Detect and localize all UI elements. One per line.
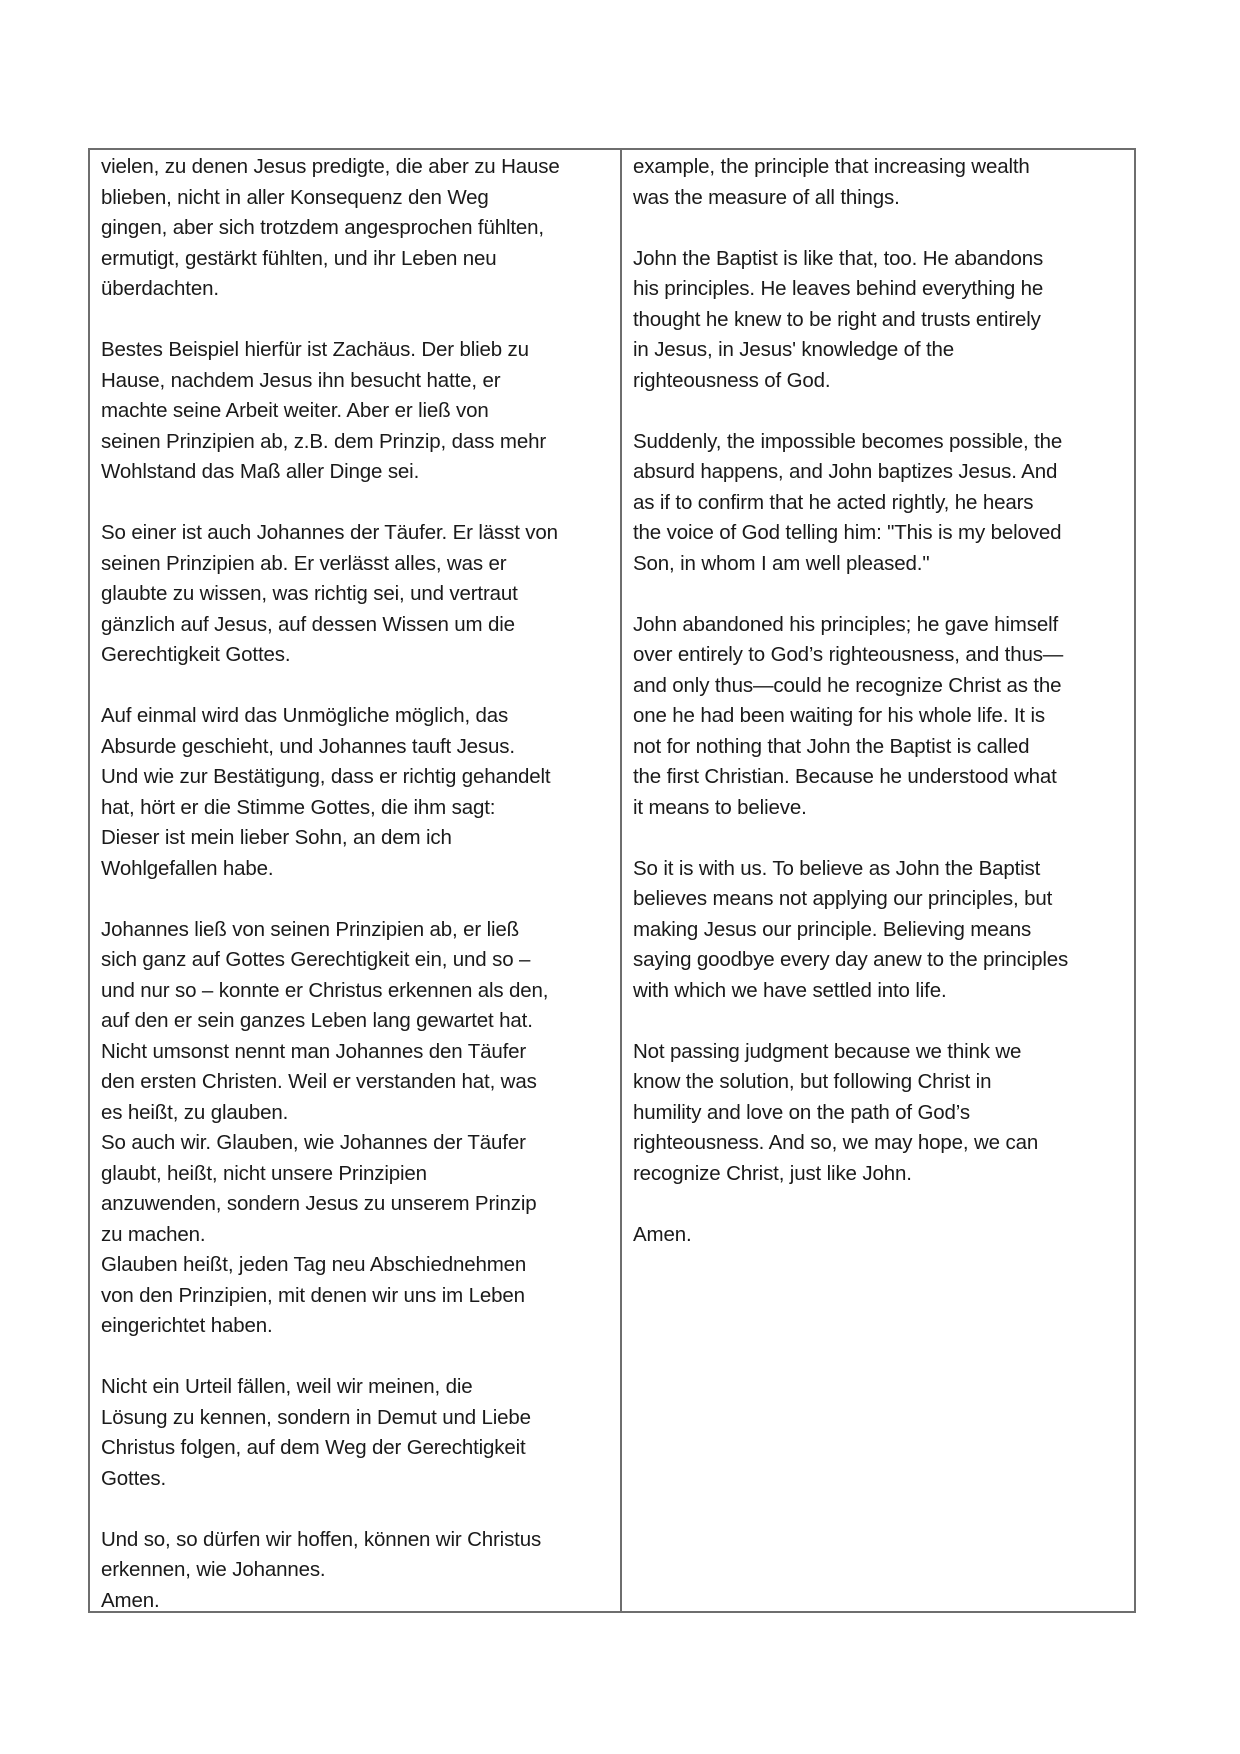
- text-line: gänzlich auf Jesus, auf dessen Wissen um…: [101, 610, 610, 641]
- text-line: Johannes ließ von seinen Prinzipien ab, …: [101, 915, 610, 946]
- text-line: [633, 823, 1124, 854]
- text-line: seinen Prinzipien ab, z.B. dem Prinzip, …: [101, 427, 610, 458]
- text-line: zu machen.: [101, 1220, 610, 1251]
- text-line: in Jesus, in Jesus' knowledge of the: [633, 335, 1124, 366]
- sermon-translation-table: vielen, zu denen Jesus predigte, die abe…: [88, 148, 1136, 1613]
- text-line: humility and love on the path of God’s: [633, 1098, 1124, 1129]
- text-line: Gerechtigkeit Gottes.: [101, 640, 610, 671]
- text-line: glaubte zu wissen, was richtig sei, und …: [101, 579, 610, 610]
- text-line: Christus folgen, auf dem Weg der Gerecht…: [101, 1433, 610, 1464]
- text-line: blieben, nicht in aller Konsequenz den W…: [101, 183, 610, 214]
- text-line: seinen Prinzipien ab. Er verlässt alles,…: [101, 549, 610, 580]
- text-line: [101, 1494, 610, 1525]
- text-line: gingen, aber sich trotzdem angesprochen …: [101, 213, 610, 244]
- text-line: as if to confirm that he acted rightly, …: [633, 488, 1124, 519]
- text-line: [101, 1342, 610, 1373]
- text-line: the voice of God telling him: "This is m…: [633, 518, 1124, 549]
- text-line: [101, 884, 610, 915]
- english-column: example, the principle that increasing w…: [622, 150, 1134, 1611]
- text-line: Wohlgefallen habe.: [101, 854, 610, 885]
- text-line: glaubt, heißt, nicht unsere Prinzipien: [101, 1159, 610, 1190]
- text-line: machte seine Arbeit weiter. Aber er ließ…: [101, 396, 610, 427]
- text-line: vielen, zu denen Jesus predigte, die abe…: [101, 152, 610, 183]
- text-line: Auf einmal wird das Unmögliche möglich, …: [101, 701, 610, 732]
- text-line: [101, 305, 610, 336]
- text-line: [101, 671, 610, 702]
- text-line: von den Prinzipien, mit denen wir uns im…: [101, 1281, 610, 1312]
- text-line: Suddenly, the impossible becomes possibl…: [633, 427, 1124, 458]
- text-line: ermutigt, gestärkt fühlten, und ihr Lebe…: [101, 244, 610, 275]
- text-line: und nur so – konnte er Christus erkennen…: [101, 976, 610, 1007]
- text-line: es heißt, zu glauben.: [101, 1098, 610, 1129]
- text-line: making Jesus our principle. Believing me…: [633, 915, 1124, 946]
- text-line: the first Christian. Because he understo…: [633, 762, 1124, 793]
- text-line: and only thus—could he recognize Christ …: [633, 671, 1124, 702]
- text-line: erkennen, wie Johannes.: [101, 1555, 610, 1586]
- text-line: Not passing judgment because we think we: [633, 1037, 1124, 1068]
- text-line: eingerichtet haben.: [101, 1311, 610, 1342]
- text-line: with which we have settled into life.: [633, 976, 1124, 1007]
- text-line: [633, 213, 1124, 244]
- text-line: thought he knew to be right and trusts e…: [633, 305, 1124, 336]
- text-line: one he had been waiting for his whole li…: [633, 701, 1124, 732]
- text-line: absurd happens, and John baptizes Jesus.…: [633, 457, 1124, 488]
- text-line: [633, 579, 1124, 610]
- text-line: So einer ist auch Johannes der Täufer. E…: [101, 518, 610, 549]
- text-line: it means to believe.: [633, 793, 1124, 824]
- text-line: hat, hört er die Stimme Gottes, die ihm …: [101, 793, 610, 824]
- text-line: [633, 1189, 1124, 1220]
- text-line: recognize Christ, just like John.: [633, 1159, 1124, 1190]
- text-line: anzuwenden, sondern Jesus zu unserem Pri…: [101, 1189, 610, 1220]
- text-line: Dieser ist mein lieber Sohn, an dem ich: [101, 823, 610, 854]
- text-line: [633, 1006, 1124, 1037]
- text-line: Lösung zu kennen, sondern in Demut und L…: [101, 1403, 610, 1434]
- text-line: Amen.: [633, 1220, 1124, 1251]
- text-line: Nicht ein Urteil fällen, weil wir meinen…: [101, 1372, 610, 1403]
- text-line: So it is with us. To believe as John the…: [633, 854, 1124, 885]
- text-line: John abandoned his principles; he gave h…: [633, 610, 1124, 641]
- text-line: righteousness. And so, we may hope, we c…: [633, 1128, 1124, 1159]
- text-line: den ersten Christen. Weil er verstanden …: [101, 1067, 610, 1098]
- text-line: Und wie zur Bestätigung, dass er richtig…: [101, 762, 610, 793]
- text-line: John the Baptist is like that, too. He a…: [633, 244, 1124, 275]
- text-line: Absurde geschieht, und Johannes tauft Je…: [101, 732, 610, 763]
- text-line: auf den er sein ganzes Leben lang gewart…: [101, 1006, 610, 1037]
- text-line: righteousness of God.: [633, 366, 1124, 397]
- text-line: Wohlstand das Maß aller Dinge sei.: [101, 457, 610, 488]
- text-line: believes means not applying our principl…: [633, 884, 1124, 915]
- text-line: saying goodbye every day anew to the pri…: [633, 945, 1124, 976]
- text-line: not for nothing that John the Baptist is…: [633, 732, 1124, 763]
- text-line: Son, in whom I am well pleased.": [633, 549, 1124, 580]
- text-line: Und so, so dürfen wir hoffen, können wir…: [101, 1525, 610, 1556]
- text-line: Hause, nachdem Jesus ihn besucht hatte, …: [101, 366, 610, 397]
- text-line: over entirely to God’s righteousness, an…: [633, 640, 1124, 671]
- text-line: Glauben heißt, jeden Tag neu Abschiedneh…: [101, 1250, 610, 1281]
- text-line: überdachten.: [101, 274, 610, 305]
- text-line: Nicht umsonst nennt man Johannes den Täu…: [101, 1037, 610, 1068]
- text-line: sich ganz auf Gottes Gerechtigkeit ein, …: [101, 945, 610, 976]
- text-line: Bestes Beispiel hierfür ist Zachäus. Der…: [101, 335, 610, 366]
- text-line: example, the principle that increasing w…: [633, 152, 1124, 183]
- text-line: So auch wir. Glauben, wie Johannes der T…: [101, 1128, 610, 1159]
- text-line: [101, 488, 610, 519]
- text-line: Amen.: [101, 1586, 610, 1617]
- text-line: his principles. He leaves behind everyth…: [633, 274, 1124, 305]
- text-line: [633, 396, 1124, 427]
- text-line: Gottes.: [101, 1464, 610, 1495]
- text-line: was the measure of all things.: [633, 183, 1124, 214]
- text-line: know the solution, but following Christ …: [633, 1067, 1124, 1098]
- german-column: vielen, zu denen Jesus predigte, die abe…: [90, 150, 622, 1611]
